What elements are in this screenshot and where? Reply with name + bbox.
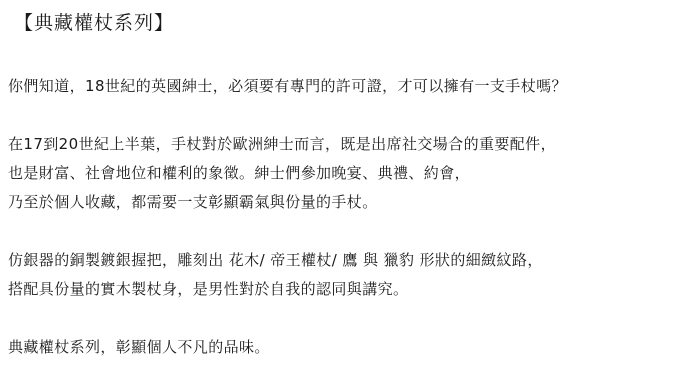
- text-line: 在17到20世紀上半葉，手杖對於歐洲紳士而言，既是出席社交場合的重要配件，: [8, 130, 556, 159]
- product-description: 【典藏權杖系列】 你們知道，18世紀的英國紳士，必須要有專門的許可證，才可以擁有…: [0, 0, 700, 372]
- text-line: 乃至於個人收藏，都需要一支彰顯霸氣與份量的手杖。: [8, 188, 556, 217]
- paragraph-intro-question: 你們知道，18世紀的英國紳士，必須要有專門的許可證，才可以擁有一支手杖嗎？: [8, 72, 567, 101]
- text-line: 也是財富、社會地位和權利的象徵。紳士們參加晚宴、典禮、約會，: [8, 159, 556, 188]
- text-line: 搭配具份量的實木製杖身，是男性對於自我的認同與講究。: [8, 275, 543, 304]
- paragraph-history: 在17到20世紀上半葉，手杖對於歐洲紳士而言，既是出席社交場合的重要配件， 也是…: [8, 130, 556, 217]
- text-line: 你們知道，18世紀的英國紳士，必須要有專門的許可證，才可以擁有一支手杖嗎？: [8, 72, 567, 101]
- text-line: 典藏權杖系列，彰顯個人不凡的品味。: [8, 333, 270, 362]
- section-title: 【典藏權杖系列】: [14, 10, 174, 36]
- paragraph-product-details: 仿銀器的銅製鍍銀握把，雕刻出 花木/ 帝王權杖/ 鷹 與 獵豹 形狀的細緻紋路，…: [8, 246, 543, 304]
- paragraph-closing: 典藏權杖系列，彰顯個人不凡的品味。: [8, 333, 270, 362]
- text-line: 仿銀器的銅製鍍銀握把，雕刻出 花木/ 帝王權杖/ 鷹 與 獵豹 形狀的細緻紋路，: [8, 246, 543, 275]
